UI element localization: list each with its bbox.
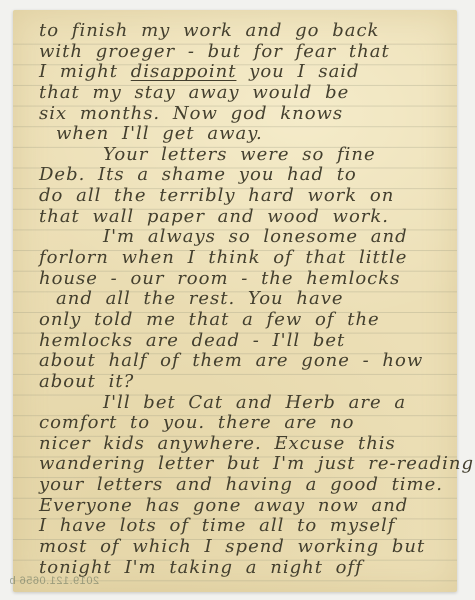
letter-line: hemlocks are dead - I'll bet xyxy=(39,331,451,352)
letter-line: only told me that a few of the xyxy=(39,310,451,331)
letter-line: Your letters were so fine xyxy=(39,145,451,166)
letter-line-segment: to finish my work and go back xyxy=(39,20,379,41)
letter-line: that my stay away would be xyxy=(39,83,451,104)
letter-line: with groeger - but for fear that xyxy=(39,42,451,63)
letter-line: about it? xyxy=(39,372,451,393)
underlined-word: disappoint xyxy=(131,61,237,82)
letter-line: house - our room - the hemlocks xyxy=(39,269,451,290)
letter-line: when I'll get away. xyxy=(39,124,451,145)
letter-line-segment: hemlocks are dead - I'll bet xyxy=(39,330,345,351)
letter-line-segment: forlorn when I think of that little xyxy=(39,247,407,268)
letter-line-segment: nicer kids anywhere. Excuse this xyxy=(39,433,396,454)
letter-line: I'll bet Cat and Herb are a xyxy=(39,393,451,414)
letter-line: Everyone has gone away now and xyxy=(39,496,451,517)
letter-line-segment: about half of them are gone - how xyxy=(39,350,423,371)
letter-line-segment: that wall paper and wood work. xyxy=(39,206,389,227)
letter-line: your letters and having a good time. xyxy=(39,475,451,496)
letter-lines: to finish my work and go backwith groege… xyxy=(39,21,451,578)
letter-line-segment: wandering letter but I'm just re-reading xyxy=(39,453,474,474)
letter-line-segment: Deb. Its a shame you had to xyxy=(39,164,357,185)
letter-line: six months. Now god knows xyxy=(39,104,451,125)
letter-line-segment: when I'll get away. xyxy=(56,123,263,144)
letter-line-segment: I might xyxy=(39,61,131,82)
letter-line: wandering letter but I'm just re-reading xyxy=(39,454,451,475)
letter-line: Deb. Its a shame you had to xyxy=(39,165,451,186)
letter-line: I might disappoint you I said xyxy=(39,62,451,83)
letter-line: do all the terribly hard work on xyxy=(39,186,451,207)
letter-line-segment: six months. Now god knows xyxy=(39,103,343,124)
letter-line-segment: most of which I spend working but xyxy=(39,536,425,557)
letter-line: that wall paper and wood work. xyxy=(39,207,451,228)
letter-line: I have lots of time all to myself xyxy=(39,516,451,537)
letter-line-segment: with groeger - but for fear that xyxy=(39,41,390,62)
letter-line: comfort to you. there are no xyxy=(39,413,451,434)
letter-line-segment: only told me that a few of the xyxy=(39,309,380,330)
letter-page: to finish my work and go backwith groege… xyxy=(13,10,457,592)
letter-line-segment: about it? xyxy=(39,371,134,392)
letter-line: to finish my work and go back xyxy=(39,21,451,42)
accession-number-text: 2019.121.0656 b xyxy=(9,575,99,587)
accession-number-mirrored: 2019.121.0656 b xyxy=(9,569,109,588)
scan-background: to finish my work and go backwith groege… xyxy=(0,0,475,600)
letter-line: most of which I spend working but xyxy=(39,537,451,558)
letter-line-segment: Everyone has gone away now and xyxy=(39,495,408,516)
letter-line-segment: do all the terribly hard work on xyxy=(39,185,394,206)
letter-line-segment: Your letters were so fine xyxy=(103,144,376,165)
letter-line: about half of them are gone - how xyxy=(39,351,451,372)
letter-line-segment: house - our room - the hemlocks xyxy=(39,268,400,289)
letter-line: forlorn when I think of that little xyxy=(39,248,451,269)
letter-line-segment: comfort to you. there are no xyxy=(39,412,354,433)
letter-line-segment: I have lots of time all to myself xyxy=(39,515,395,536)
letter-line-segment: that my stay away would be xyxy=(39,82,349,103)
letter-line-segment: I'll bet Cat and Herb are a xyxy=(103,392,406,413)
letter-line: I'm always so lonesome and xyxy=(39,227,451,248)
letter-line-segment: I'm always so lonesome and xyxy=(103,226,408,247)
letter-line-segment: your letters and having a good time. xyxy=(39,474,443,495)
letter-line-segment: and all the rest. You have xyxy=(56,288,344,309)
letter-line: and all the rest. You have xyxy=(39,289,451,310)
letter-line-segment: you I said xyxy=(236,61,359,82)
letter-line: nicer kids anywhere. Excuse this xyxy=(39,434,451,455)
